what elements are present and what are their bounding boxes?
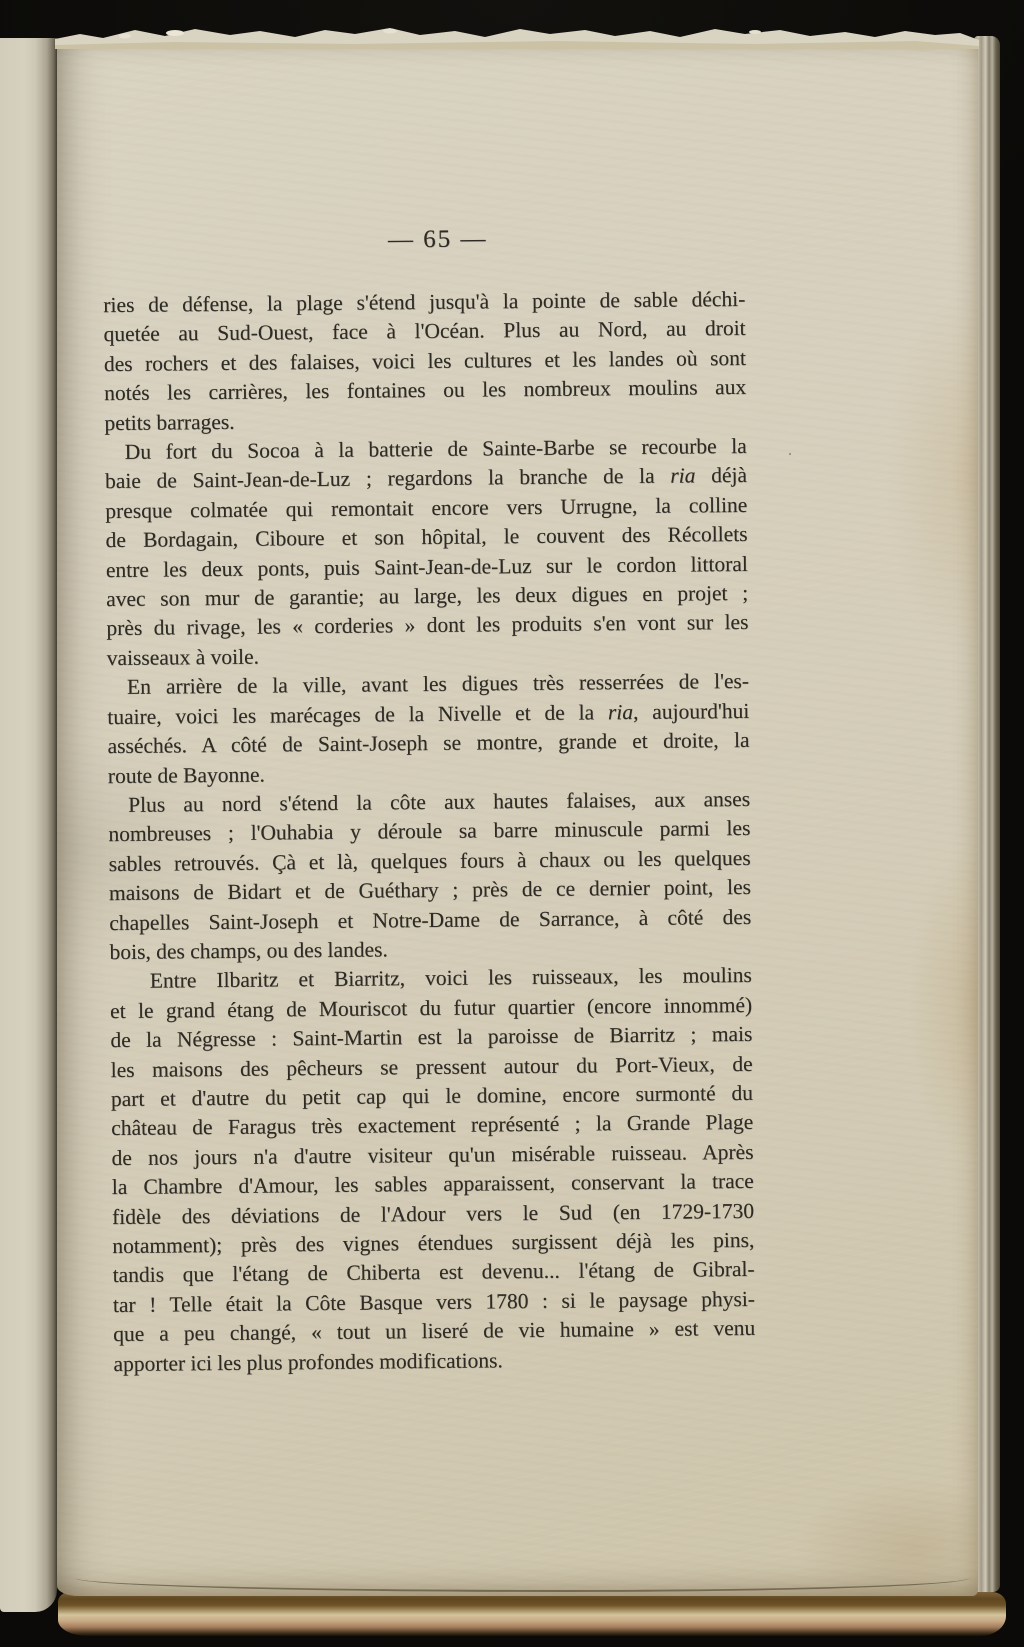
text-line: notés les carrières, les fontaines ou le… — [104, 373, 746, 409]
book-page: — 65 — ries de défense, la plage s'étend… — [57, 40, 978, 1596]
photo-backdrop: — 65 — ries de défense, la plage s'étend… — [0, 0, 1024, 1647]
page-number: — 65 — — [117, 223, 759, 257]
body-text: ries de défense, la plage s'étend jusqu'… — [103, 285, 755, 1379]
text-block: — 65 — ries de défense, la plage s'étend… — [103, 223, 756, 1379]
text-line: asséchés. A côté de Saint-Joseph se mont… — [107, 726, 749, 762]
torn-paper-edge — [55, 25, 979, 49]
facing-page-edge — [0, 38, 57, 1612]
page-stack-bottom-edge — [58, 1592, 1006, 1636]
text-line: chapelles Saint-Joseph et Notre-Dame de … — [109, 902, 751, 938]
page-bottom-crease — [75, 1578, 968, 1592]
text-line: que a peu changé, « tout un liseré de vi… — [113, 1314, 755, 1350]
text-line: près du rivage, les « corderies » dont l… — [106, 608, 748, 644]
text-line: apporter ici les plus profondes modifica… — [113, 1344, 755, 1380]
